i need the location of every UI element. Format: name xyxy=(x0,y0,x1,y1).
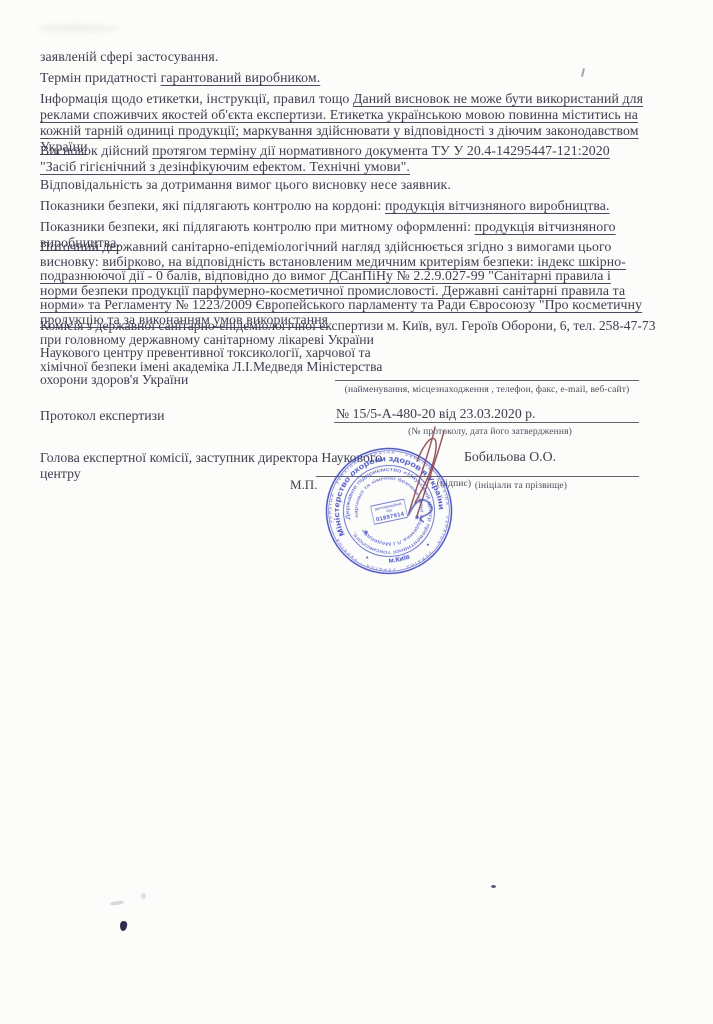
stamp-id-label-2: код xyxy=(386,508,392,513)
protocol-value: № 15/5-А-480-20 від 23.03.2020 р. xyxy=(336,406,536,422)
protocol-label: Протокол експертизи xyxy=(40,408,164,424)
scan-speck xyxy=(141,893,146,899)
org-caption: (найменування, місцезнаходження , телефо… xyxy=(335,384,639,395)
stamp-dot xyxy=(366,556,368,558)
signatory-role-line: центру xyxy=(40,466,81,482)
commission-line: при головному державному санітарному лік… xyxy=(40,333,656,347)
paragraph-current-supervision: Поточний державний санітарно-епідеміолог… xyxy=(40,240,644,328)
paragraph-shelf-life: Термін придатності гарантований виробник… xyxy=(40,70,644,86)
commission-line: хімічної безпеки імені академіка Л.І.Мед… xyxy=(40,360,656,374)
underlined-text: гарантований виробником. xyxy=(161,70,321,85)
paragraph-responsibility: Відповідальність за дотримання вимог цьо… xyxy=(40,177,644,193)
paragraph-border-control: Показники безпеки, які підлягають контро… xyxy=(40,198,644,214)
stamp-star-left: ✱ xyxy=(363,529,369,537)
underlined-text: вибірково, на відповідність встановленим… xyxy=(40,254,642,327)
scan-smudge xyxy=(38,24,118,33)
commission-line: Комісія з державної санітарно-епідеміоло… xyxy=(40,319,656,333)
scan-speck xyxy=(110,900,124,906)
ink-speck xyxy=(491,885,496,888)
paragraph-text: Інформація щодо етикетки, інструкції, пр… xyxy=(40,91,353,106)
document-page: заявленій сфері застосування. Термін при… xyxy=(0,0,713,1024)
ink-blot xyxy=(119,921,127,932)
signatory-name: Бобильова О.О. xyxy=(464,449,556,465)
paragraph-text: заявленій сфері застосування. xyxy=(40,49,218,64)
signature-blue-flourish xyxy=(404,490,452,524)
underlined-text: продукція вітчизняного виробництва. xyxy=(385,198,610,213)
commission-block: Комісія з державної санітарно-епідеміоло… xyxy=(40,319,656,387)
paragraph-text: Показники безпеки, які підлягають контро… xyxy=(40,219,475,234)
protocol-underline xyxy=(334,422,639,423)
commission-line: Наукового центру превентивної токсиколог… xyxy=(40,346,656,360)
paragraph-scope: заявленій сфері застосування. xyxy=(40,49,644,65)
stamp-dot xyxy=(427,543,429,545)
paragraph-validity: Висновок дійсний протягом терміну дії но… xyxy=(40,143,644,175)
name-caption: (ініціали та прізвище) xyxy=(441,480,601,491)
paragraph-text: Показники безпеки, які підлягають контро… xyxy=(40,198,385,213)
org-underline xyxy=(335,380,639,381)
paragraph-text: Відповідальність за дотримання вимог цьо… xyxy=(40,177,451,192)
signature-flourish-strokes xyxy=(404,490,452,524)
paragraph-text: Висновок дійсний xyxy=(40,143,152,158)
paragraph-text: Термін придатності xyxy=(40,70,161,85)
